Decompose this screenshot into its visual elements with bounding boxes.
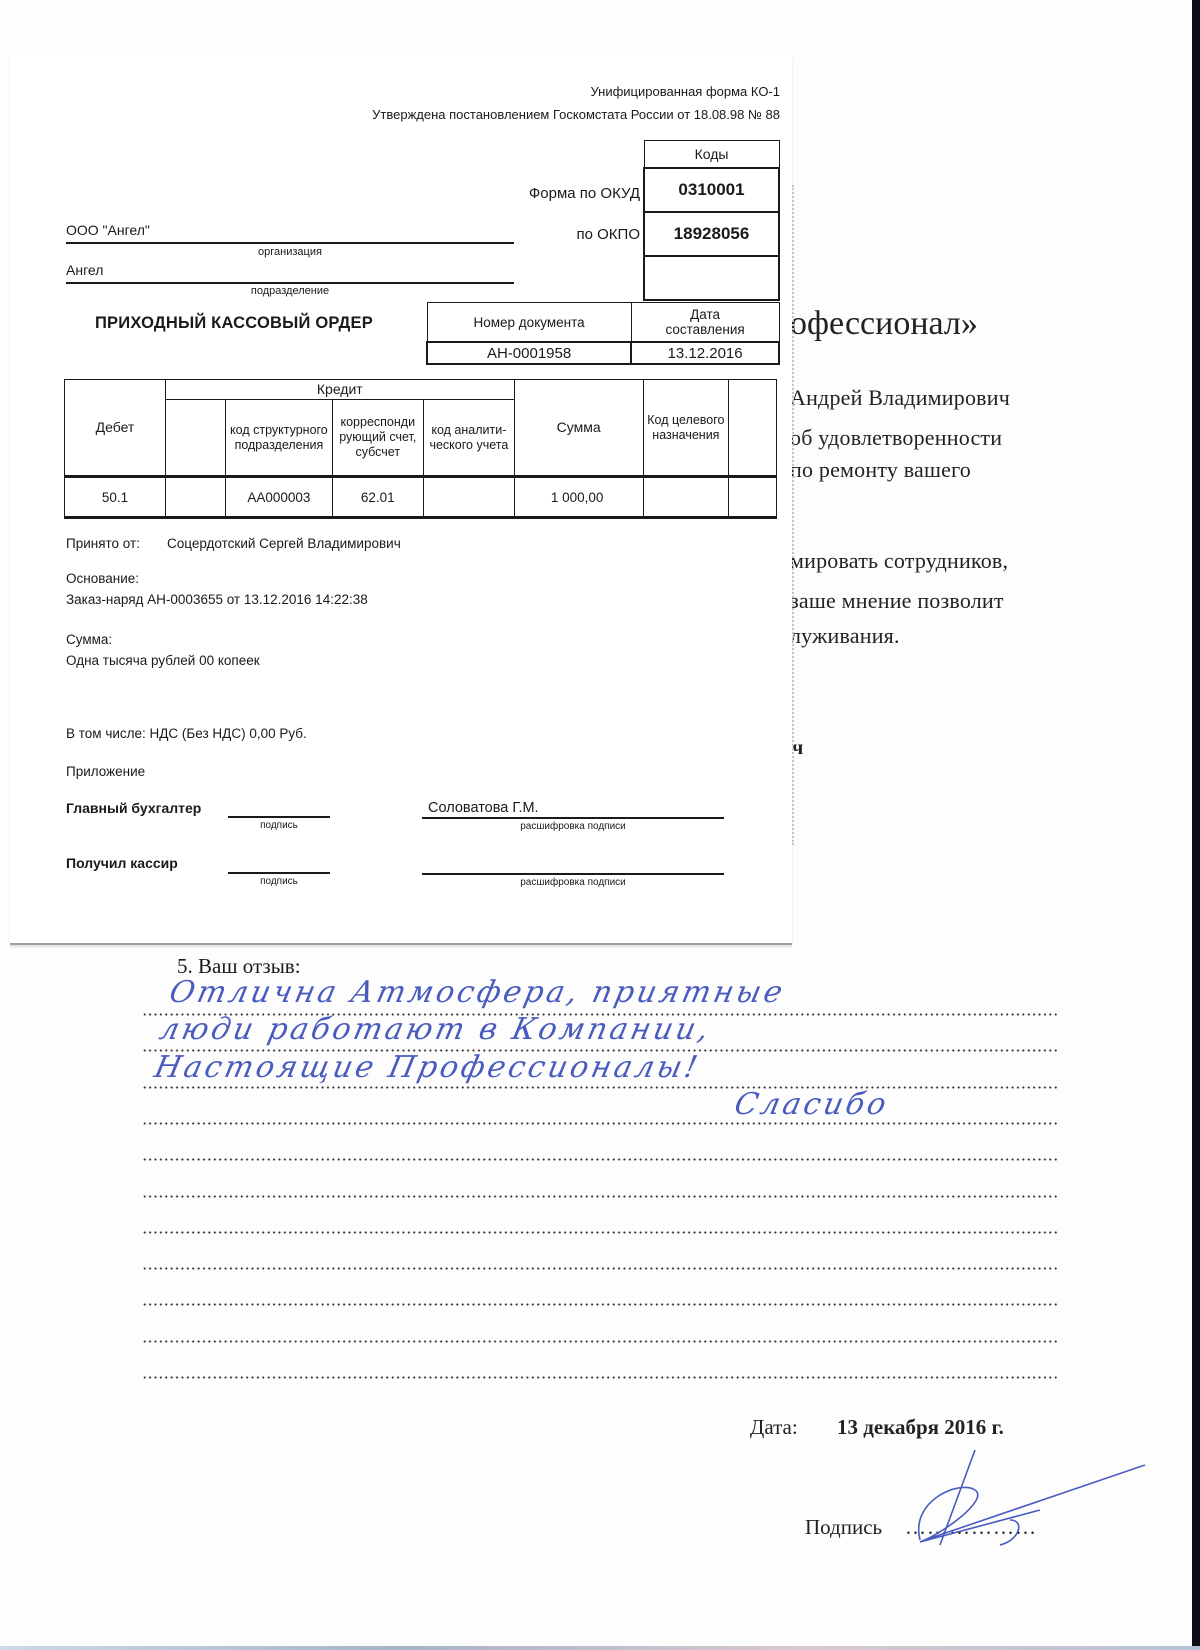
organization-field: ООО "Ангел" <box>66 222 514 244</box>
scan-edge-right <box>1192 0 1200 1650</box>
sum-words: Одна тысяча рублей 00 копеек <box>66 653 260 668</box>
handwritten-signoff: Сласибо <box>731 1087 892 1122</box>
basis-value: Заказ-наряд АН-0003655 от 13.12.2016 14:… <box>66 592 368 607</box>
dotted-line <box>142 1086 1057 1089</box>
background-sheet-title: офессионал» <box>790 305 978 343</box>
decoding-caption: расшифровка подписи <box>422 877 724 888</box>
chief-accountant-name: Соловатова Г.М. <box>428 800 539 816</box>
dotted-line <box>142 1158 1057 1161</box>
table-row: 50.1 АА000003 62.01 1 000,00 <box>65 477 777 518</box>
chief-accountant-decoding-line <box>422 817 724 819</box>
okpo-value: 18928056 <box>644 212 779 256</box>
background-sheet-line: мировать сотрудников, <box>790 548 1008 574</box>
handwritten-feedback-line: люди работают в Компании, <box>156 1012 714 1047</box>
credit-header: Кредит <box>165 380 514 400</box>
date-label: Дата: <box>750 1415 798 1440</box>
codes-table: Коды 0310001 18928056 <box>643 140 780 301</box>
dotted-line <box>142 1195 1057 1198</box>
debit-header: Дебет <box>65 380 166 477</box>
attachment-label: Приложение <box>66 764 145 779</box>
received-from-label: Принято от: <box>66 536 140 551</box>
received-from-value: Соцердотский Сергей Владимирович <box>167 536 401 551</box>
extra-header <box>729 380 777 477</box>
decoding-caption: расшифровка подписи <box>422 821 724 832</box>
sum-label: Сумма: <box>66 632 112 647</box>
credit-sub-blank <box>165 400 225 477</box>
form-approval: Утверждена постановлением Госкомстата Ро… <box>300 107 780 122</box>
struct-code-header: код структурного подразделения <box>226 400 332 477</box>
perforation-line <box>792 185 794 845</box>
corr-account-header: корреспонди рующий счет, субсчет <box>332 400 424 477</box>
background-sheet-line: луживания. <box>790 623 900 649</box>
vat-line: В том числе: НДС (Без НДС) 0,00 Руб. <box>66 726 307 741</box>
signature-label: Подпись <box>805 1515 882 1540</box>
sum-value: 1 000,00 <box>514 477 643 518</box>
basis-label: Основание: <box>66 571 139 586</box>
okud-value: 0310001 <box>644 168 779 212</box>
handwritten-feedback-line: Настоящие Профессионалы! <box>151 1050 703 1085</box>
doc-number: АН-0001958 <box>427 342 631 364</box>
struct-code-value: АА000003 <box>226 477 332 518</box>
doc-number-header: Номер документа <box>427 303 631 343</box>
background-sheet-line: заше мнение позволит <box>790 588 1004 614</box>
codes-header: Коды <box>644 141 779 169</box>
dotted-line <box>142 1303 1057 1306</box>
extra-value <box>729 477 777 518</box>
dotted-line <box>142 1340 1057 1343</box>
corr-account-value: 62.01 <box>332 477 424 518</box>
dotted-line <box>142 1267 1057 1270</box>
scan-edge-bottom <box>0 1646 1200 1650</box>
chief-accountant-signature-line <box>228 816 330 818</box>
background-sheet-line: об удовлетворенности <box>790 425 1002 451</box>
extra-code <box>644 256 779 300</box>
date-value: 13 декабря 2016 г. <box>837 1415 1004 1440</box>
dotted-line <box>142 1122 1057 1125</box>
purpose-value <box>643 477 728 518</box>
department-field: Ангел <box>66 262 514 284</box>
cashier-decoding-line <box>422 873 724 875</box>
dotted-line <box>142 1376 1057 1379</box>
analytic-code-header: код аналити- ческого учета <box>424 400 515 477</box>
signature-caption: подпись <box>228 876 330 887</box>
background-sheet-line: Андрей Владимирович <box>790 385 1010 411</box>
chief-accountant-label: Главный бухгалтер <box>66 800 201 816</box>
purpose-header: Код целевого назначения <box>643 380 728 477</box>
sum-header: Сумма <box>514 380 643 477</box>
cashier-label: Получил кассир <box>66 855 178 871</box>
document-number-table: Номер документа Датасоставления АН-00019… <box>426 302 780 365</box>
cashier-signature-line <box>228 872 330 874</box>
signature-caption: подпись <box>228 820 330 831</box>
credit-blank-value <box>165 477 225 518</box>
document-title: ПРИХОДНЫЙ КАССОВЫЙ ОРДЕР <box>95 314 373 333</box>
organization-caption: организация <box>66 246 514 258</box>
accounting-table: Дебет Кредит Сумма Код целевого назначен… <box>64 379 777 519</box>
doc-date: 13.12.2016 <box>631 342 779 364</box>
dotted-line <box>142 1231 1057 1234</box>
okud-label: Форма по ОКУД <box>480 185 640 202</box>
department-caption: подразделение <box>66 285 514 297</box>
handwritten-signature <box>900 1440 1150 1550</box>
form-name: Унифицированная форма КО-1 <box>420 84 780 99</box>
analytic-code-value <box>424 477 515 518</box>
handwritten-feedback-line: Отлична Атмосфера, приятные <box>166 975 788 1010</box>
doc-date-header: Датасоставления <box>631 303 779 343</box>
debit-value: 50.1 <box>65 477 166 518</box>
background-sheet-line: по ремонту вашего <box>790 457 971 483</box>
